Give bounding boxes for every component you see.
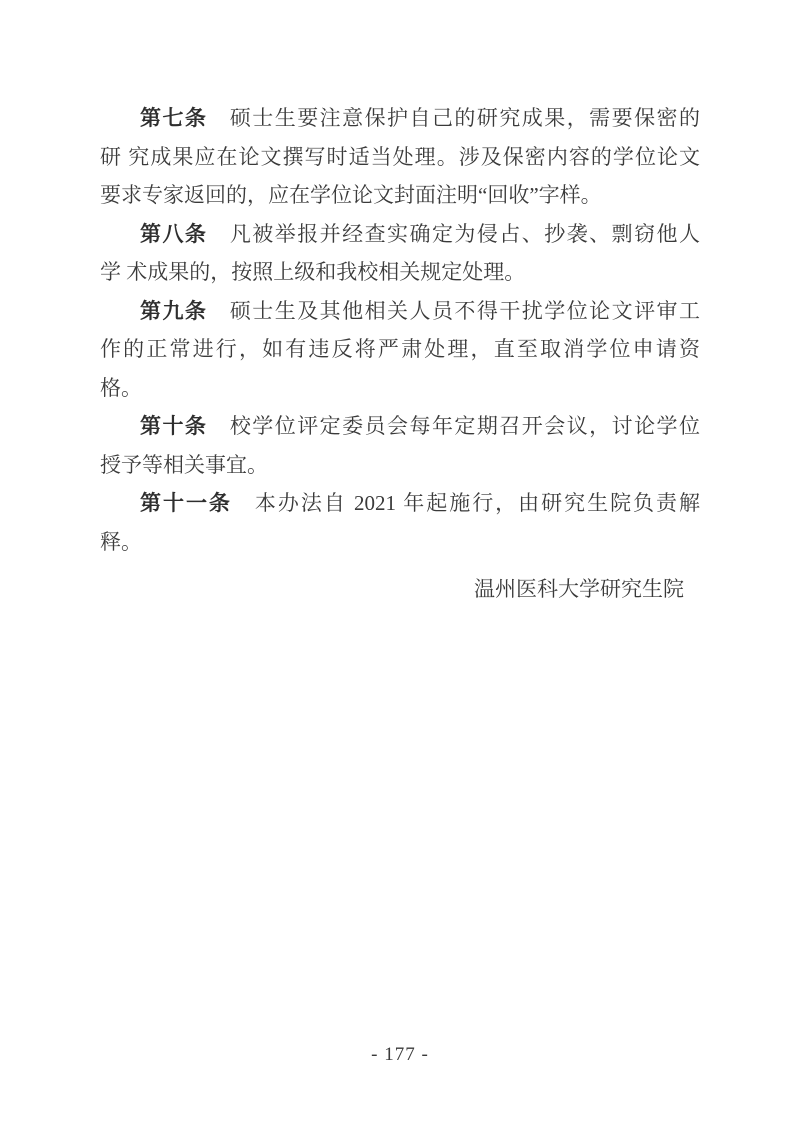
text-line: 学 术成果的，按照上级和我校相关规定处理。: [100, 253, 700, 292]
paragraph-article-10: 第十条 校学位评定委员会每年定期召开会议，讨论学位授予等相关事宜。: [100, 407, 700, 484]
text-line: 格。: [100, 369, 700, 408]
paragraph-article-8: 第八条 凡被举报并经查实确定为侵占、抄袭、剽窃他人学 术成果的，按照上级和我校相…: [100, 215, 700, 292]
signature: 温州医科大学研究生院: [100, 570, 700, 609]
text-line: 要求专家返回的，应在学位论文封面注明“回收”字样。: [100, 176, 700, 215]
paragraph-article-11: 第十一条 本办法自 2021 年起施行，由研究生院负责解释。: [100, 484, 700, 561]
article-number-label: 第七条: [140, 106, 207, 130]
document-body: 第七条 硕士生要注意保护自己的研究成果，需要保密的研 究成果应在论文撰写时适当处…: [100, 99, 700, 609]
text-line: 第七条 硕士生要注意保护自己的研究成果，需要保密的: [100, 99, 700, 138]
document-page: 第七条 硕士生要注意保护自己的研究成果，需要保密的研 究成果应在论文撰写时适当处…: [0, 0, 800, 1131]
article-number-label: 第九条: [140, 299, 207, 323]
paragraph-article-7: 第七条 硕士生要注意保护自己的研究成果，需要保密的研 究成果应在论文撰写时适当处…: [100, 99, 700, 215]
text-line: 作的正常进行，如有违反将严肃处理，直至取消学位申请资: [100, 330, 700, 369]
text-line: 释。: [100, 523, 700, 562]
text-line: 第八条 凡被举报并经查实确定为侵占、抄袭、剽窃他人: [100, 215, 700, 254]
page-number: - 177 -: [0, 1044, 800, 1066]
text-line: 第十条 校学位评定委员会每年定期召开会议，讨论学位: [100, 407, 700, 446]
text-line: 研 究成果应在论文撰写时适当处理。涉及保密内容的学位论文: [100, 138, 700, 177]
paragraph-article-9: 第九条 硕士生及其他相关人员不得干扰学位论文评审工作的正常进行，如有违反将严肃处…: [100, 292, 700, 408]
article-number-label: 第十条: [140, 414, 207, 438]
article-number-label: 第八条: [140, 222, 207, 246]
article-number-label: 第十一条: [140, 491, 232, 515]
text-line: 第九条 硕士生及其他相关人员不得干扰学位论文评审工: [100, 292, 700, 331]
text-line: 授予等相关事宜。: [100, 446, 700, 485]
text-line: 第十一条 本办法自 2021 年起施行，由研究生院负责解: [100, 484, 700, 523]
